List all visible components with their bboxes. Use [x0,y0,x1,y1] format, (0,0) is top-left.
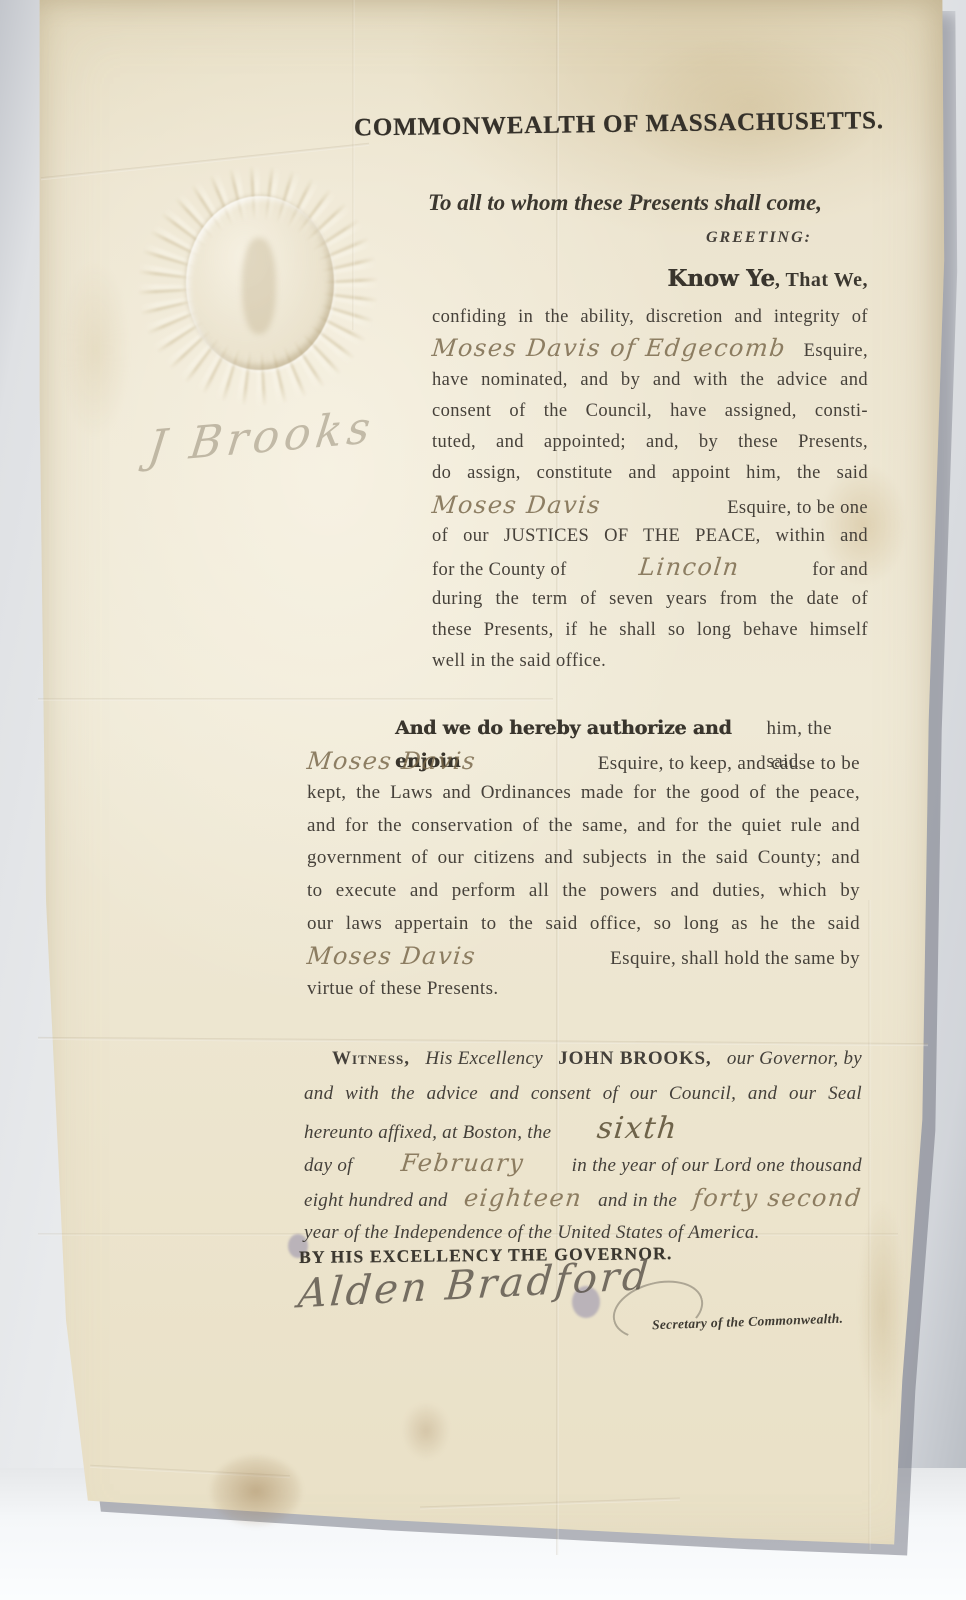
printed-text: Witness, [332,1042,410,1077]
printed-text: to execute and perform all the powers an… [307,880,860,901]
document-line: hereunto affixed, at Boston, thesixth [304,1112,862,1147]
printed-text: and with the advice and consent of our C… [304,1083,862,1104]
printed-text: in the year of our Lord one thousand [572,1149,862,1184]
document-line: eight hundred andeighteenand in theforty… [304,1181,862,1216]
document-line: of our JUSTICES OF THE PEACE, within and [432,521,868,552]
document-line: Moses DavisEsquire, shall hold the same … [307,940,860,973]
handwritten-text: eighteen [462,1181,584,1216]
document-line: government of our citizens and subjects … [307,842,860,875]
document-line: do assign, constitute and appoint him, t… [432,458,868,489]
document-line: to execute and perform all the powers an… [307,875,860,908]
printed-text: these Presents, if he shall so long beha… [432,620,868,640]
printed-text: tuted, and appointed; and, by these Pres… [432,432,868,452]
document-line: confiding in the ability, discretion and… [432,302,868,333]
printed-text: government of our citizens and subjects … [307,847,860,868]
printed-text: our laws appertain to the said office, s… [307,913,860,934]
witness-paragraph: Witness,His ExcellencyJOHN BROOKS,our Go… [304,1042,862,1251]
handwritten-text: sixth [596,1112,680,1147]
printed-text: kept, the Laws and Ordinances made for t… [307,782,860,803]
handwritten-text: Moses Davis [430,490,602,521]
printed-text: of our JUSTICES OF THE PEACE, within and [432,526,868,546]
document-line: for the County ofLincolnfor and [432,552,868,583]
document-line: and for the conservation of the same, an… [307,810,860,843]
printed-text: Esquire, shall hold the same by [610,943,860,976]
document-line: during the term of seven years from the … [432,584,868,615]
printed-text: have nominated, and by and with the advi… [432,370,868,390]
document-line: have nominated, and by and with the advi… [432,365,868,396]
document-line: tuted, and appointed; and, by these Pres… [432,427,868,458]
printed-text: and in the [598,1184,677,1219]
document-line: Moses Davis of EdgecombEsquire, [432,333,868,364]
printed-text: Esquire, [804,336,868,367]
document-line: our laws appertain to the said office, s… [307,908,860,941]
know-ye-blackletter: Know Ye [667,265,775,292]
handwritten-text: Lincoln [638,552,742,583]
printed-text: for and [812,555,868,586]
printed-text: consent of the Council, have assigned, c… [432,401,868,421]
document-line: virtue of these Presents. [307,973,860,1006]
handwritten-text: Moses Davis of Edgecomb [430,333,787,364]
printed-text: His Excellency [425,1042,543,1077]
document-line: and with the advice and consent of our C… [304,1077,862,1112]
document-line: Moses DavisEsquire, to be one [432,490,868,521]
document-line: Witness,His ExcellencyJOHN BROOKS,our Go… [304,1042,862,1077]
document-line: consent of the Council, have assigned, c… [432,396,868,427]
printed-text: during the term of seven years from the … [432,589,868,609]
document-line: And we do hereby authorize and enjoinhim… [307,712,860,745]
printed-text: for the County of [432,555,567,586]
salutation-line: To all to whom these Presents shall come… [428,190,822,216]
document-line: day ofFebruaryin the year of our Lord on… [304,1146,862,1181]
handwritten-text: forty second [691,1181,864,1216]
document-line: kept, the Laws and Ordinances made for t… [307,777,860,810]
printed-text: Esquire, to keep, and cause to be [598,748,860,781]
handwritten-text: Moses Davis [305,940,478,973]
know-ye-line: Know Ye, That We, [432,265,868,292]
printed-text: confiding in the ability, discretion and… [432,307,868,327]
document-line: these Presents, if he shall so long beha… [432,615,868,646]
greeting-line: GREETING: [706,229,812,247]
printed-text: eight hundred and [304,1184,448,1219]
document-photo: COMMONWEALTH OF MASSACHUSETTS. To all to… [0,0,966,1600]
know-ye-rest: , That We, [775,269,868,291]
appointment-paragraph: confiding in the ability, discretion and… [432,302,868,678]
printed-text: our Governor, by [727,1042,862,1077]
embossed-seal-figure [242,238,276,334]
printed-text: day of [304,1149,353,1184]
printed-text: Esquire, to be one [727,493,868,524]
printed-text: do assign, constitute and appoint him, t… [432,463,868,483]
printed-text: year of the Independence of the United S… [304,1222,760,1243]
printed-text: JOHN BROOKS, [558,1042,711,1077]
document-line: well in the said office. [432,646,868,677]
handwritten-text: Moses Davis [305,745,478,778]
authorization-paragraph: And we do hereby authorize and enjoinhim… [307,712,860,1005]
handwritten-text: February [399,1146,526,1181]
document-line: Moses DavisEsquire, to keep, and cause t… [307,745,860,778]
printed-text: virtue of these Presents. [307,978,499,999]
printed-text: well in the said office. [432,651,606,671]
printed-text: and for the conservation of the same, an… [307,815,860,836]
